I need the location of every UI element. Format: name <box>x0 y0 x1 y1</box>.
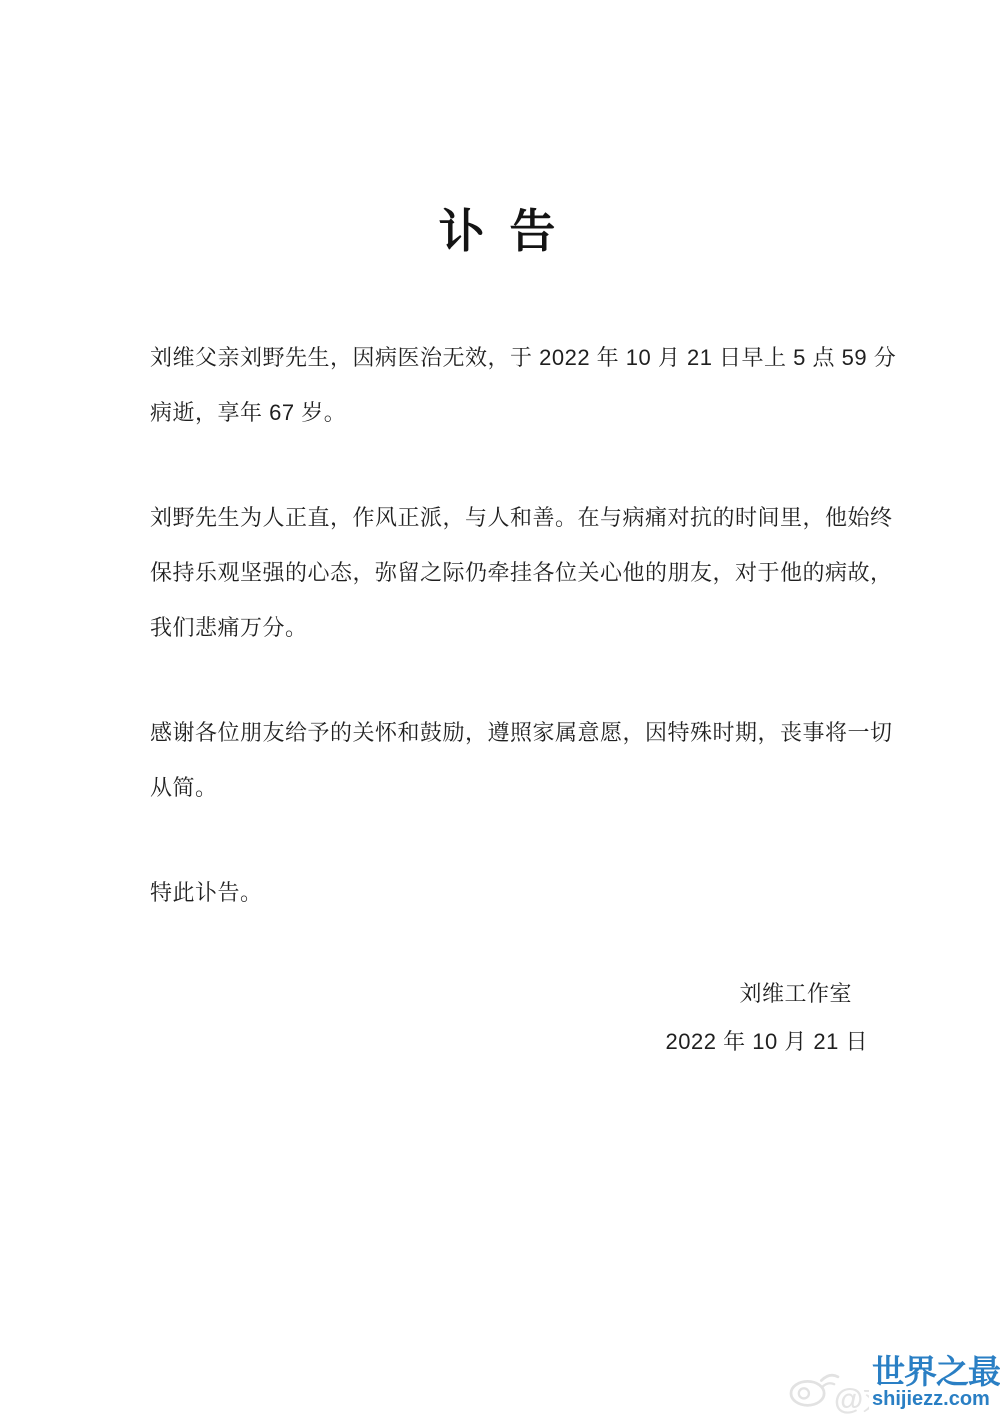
paragraph-death-announcement: 刘维父亲刘野先生，因病医治无效，于 2022 年 10 月 21 日早上 5 点… <box>150 330 890 440</box>
paragraph-line: 感谢各位朋友给予的关怀和鼓励，遵照家属意愿，因特殊时期，丧事将一切 <box>150 705 890 760</box>
paragraph-line: 我们悲痛万分。 <box>150 600 890 655</box>
signature: 刘维工作室 <box>739 981 868 1006</box>
obituary-document-page: 讣 告 刘维父亲刘野先生，因病医治无效，于 2022 年 10 月 21 日早上… <box>0 0 1000 1414</box>
paragraph-line: 保持乐观坚强的心态，弥留之际仍牵挂各位关心他的朋友，对于他的病故， <box>150 545 890 600</box>
document-title: 讣 告 <box>0 208 1000 254</box>
paragraph-thanks: 感谢各位朋友给予的关怀和鼓励，遵照家属意愿，因特殊时期，丧事将一切 从简。 <box>150 705 890 815</box>
site-name: 世界之最 <box>872 1355 1000 1389</box>
paragraph-line: 刘维父亲刘野先生，因病医治无效，于 2022 年 10 月 21 日早上 5 点… <box>150 330 890 385</box>
paragraph-tribute: 刘野先生为人正直，作风正派，与人和善。在与病痛对抗的时间里，他始终 保持乐观坚强… <box>150 490 890 655</box>
site-url: shijiezz.com <box>872 1389 1000 1410</box>
paragraph-line: 病逝，享年 67 岁。 <box>150 385 890 440</box>
notice-body: 刘维父亲刘野先生，因病医治无效，于 2022 年 10 月 21 日早上 5 点… <box>150 330 890 920</box>
signature-line: 刘维工作室 <box>150 970 868 1018</box>
site-watermark: 世界之最 shijiezz.com <box>869 1353 1000 1412</box>
signature-block: 刘维工作室 2022 年 10 月 21 日 <box>150 970 868 1066</box>
paragraph-line: 特此讣告。 <box>150 865 890 920</box>
signature-date: 2022 年 10 月 21 日 <box>666 1029 868 1054</box>
paragraph-line: 刘野先生为人正直，作风正派，与人和善。在与病痛对抗的时间里，他始终 <box>150 490 890 545</box>
date-line: 2022 年 10 月 21 日 <box>150 1018 868 1066</box>
paragraph-closing: 特此讣告。 <box>150 865 890 920</box>
paragraph-line: 从简。 <box>150 760 890 815</box>
